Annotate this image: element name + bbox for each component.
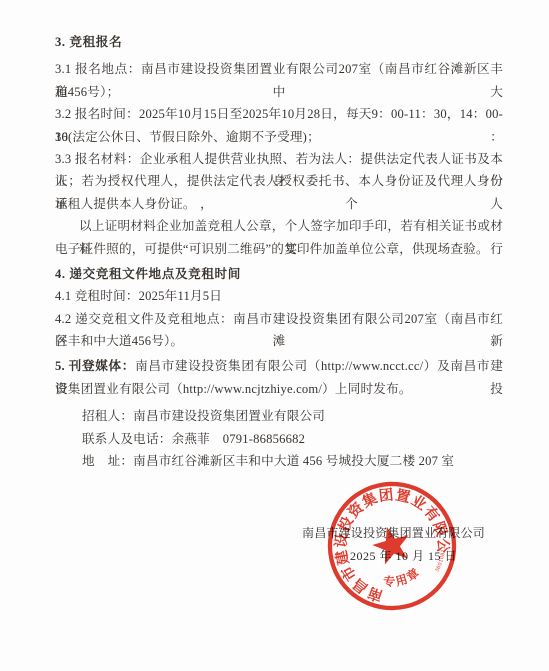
seal-ring-text: 南昌市建设投资集团置业有限公司 [326, 480, 458, 612]
para-4-2-line-1: 4.2 递交竞租文件及竞租地点：南昌市建设投资集团有限公司207室（南昌市红谷滩… [55, 308, 503, 330]
svg-text:3601081177: 3601081177 [326, 480, 457, 612]
notice-para-line-1: 以上证明材料企业加盖竞租人公章，个人签字加印手印，若有相关证书或材料实行 [55, 215, 503, 237]
para-3-1-line-1: 3.1 报名地点：南昌市建设投资集团置业有限公司207室（南昌市红谷滩新区丰和中… [55, 58, 503, 80]
para-3-3-line-2: 证；若为授权代理人，提供法定代表人授权委托书、本人身份证及代理人身份证，个人 [55, 170, 503, 192]
para-5-line-1: 5. 刊登媒体：南昌市建设投资集团有限公司（http://www.ncct.cc… [55, 355, 503, 377]
para-5-lead: 5. 刊登媒体： [55, 359, 135, 373]
signature-company: 南昌市建设投资集团置业有限公司 [302, 524, 485, 542]
company-seal: 南昌市建设投资集团置业有限公司 专用章 3601081177 [326, 480, 458, 612]
seal-ring [326, 480, 458, 612]
document-body: 3. 竞租报名 3.1 报名地点：南昌市建设投资集团置业有限公司207室（南昌市… [55, 31, 503, 472]
signature-date: 2025 年 10 月 15 日 [350, 547, 457, 565]
section-3-heading: 3. 竞租报名 [55, 31, 503, 53]
document-page: 3. 竞租报名 3.1 报名地点：南昌市建设投资集团置业有限公司207室（南昌市… [0, 0, 549, 671]
seal-graphic: 南昌市建设投资集团置业有限公司 专用章 3601081177 [326, 480, 458, 612]
para-3-3-line-1: 3.3 报名材料：企业承租人提供营业执照、若为法人：提供法定代表人证书及本人身份 [55, 148, 503, 170]
notice-para-line-2: 电子证件照的，可提供“可识别二维码”的复印件加盖单位公章，供现场查验。 [55, 238, 503, 260]
svg-text:南昌市建设投资集团置业有限公司: 南昌市建设投资集团置业有限公司 [326, 480, 458, 612]
para-3-2-line-1: 3.2 报名时间：2025年10月15日至2025年10月28日，每天9：00-… [55, 103, 503, 125]
contact-address-line: 地 址：南昌市红谷滩新区丰和中大道 456 号城投大厦二楼 207 室 [55, 450, 503, 472]
seal-serial-number: 3601081177 [326, 480, 457, 612]
contact-phone-line: 联系人及电话：余燕菲 0791-86856682 [55, 428, 503, 450]
para-4-1: 4.1 竞租时间：2025年11月5日 [55, 285, 503, 307]
section-4-heading: 4. 递交竞租文件地点及竞租时间 [55, 263, 503, 285]
contact-renter-line: 招租人：南昌市建设投资集团置业有限公司 [55, 405, 503, 427]
